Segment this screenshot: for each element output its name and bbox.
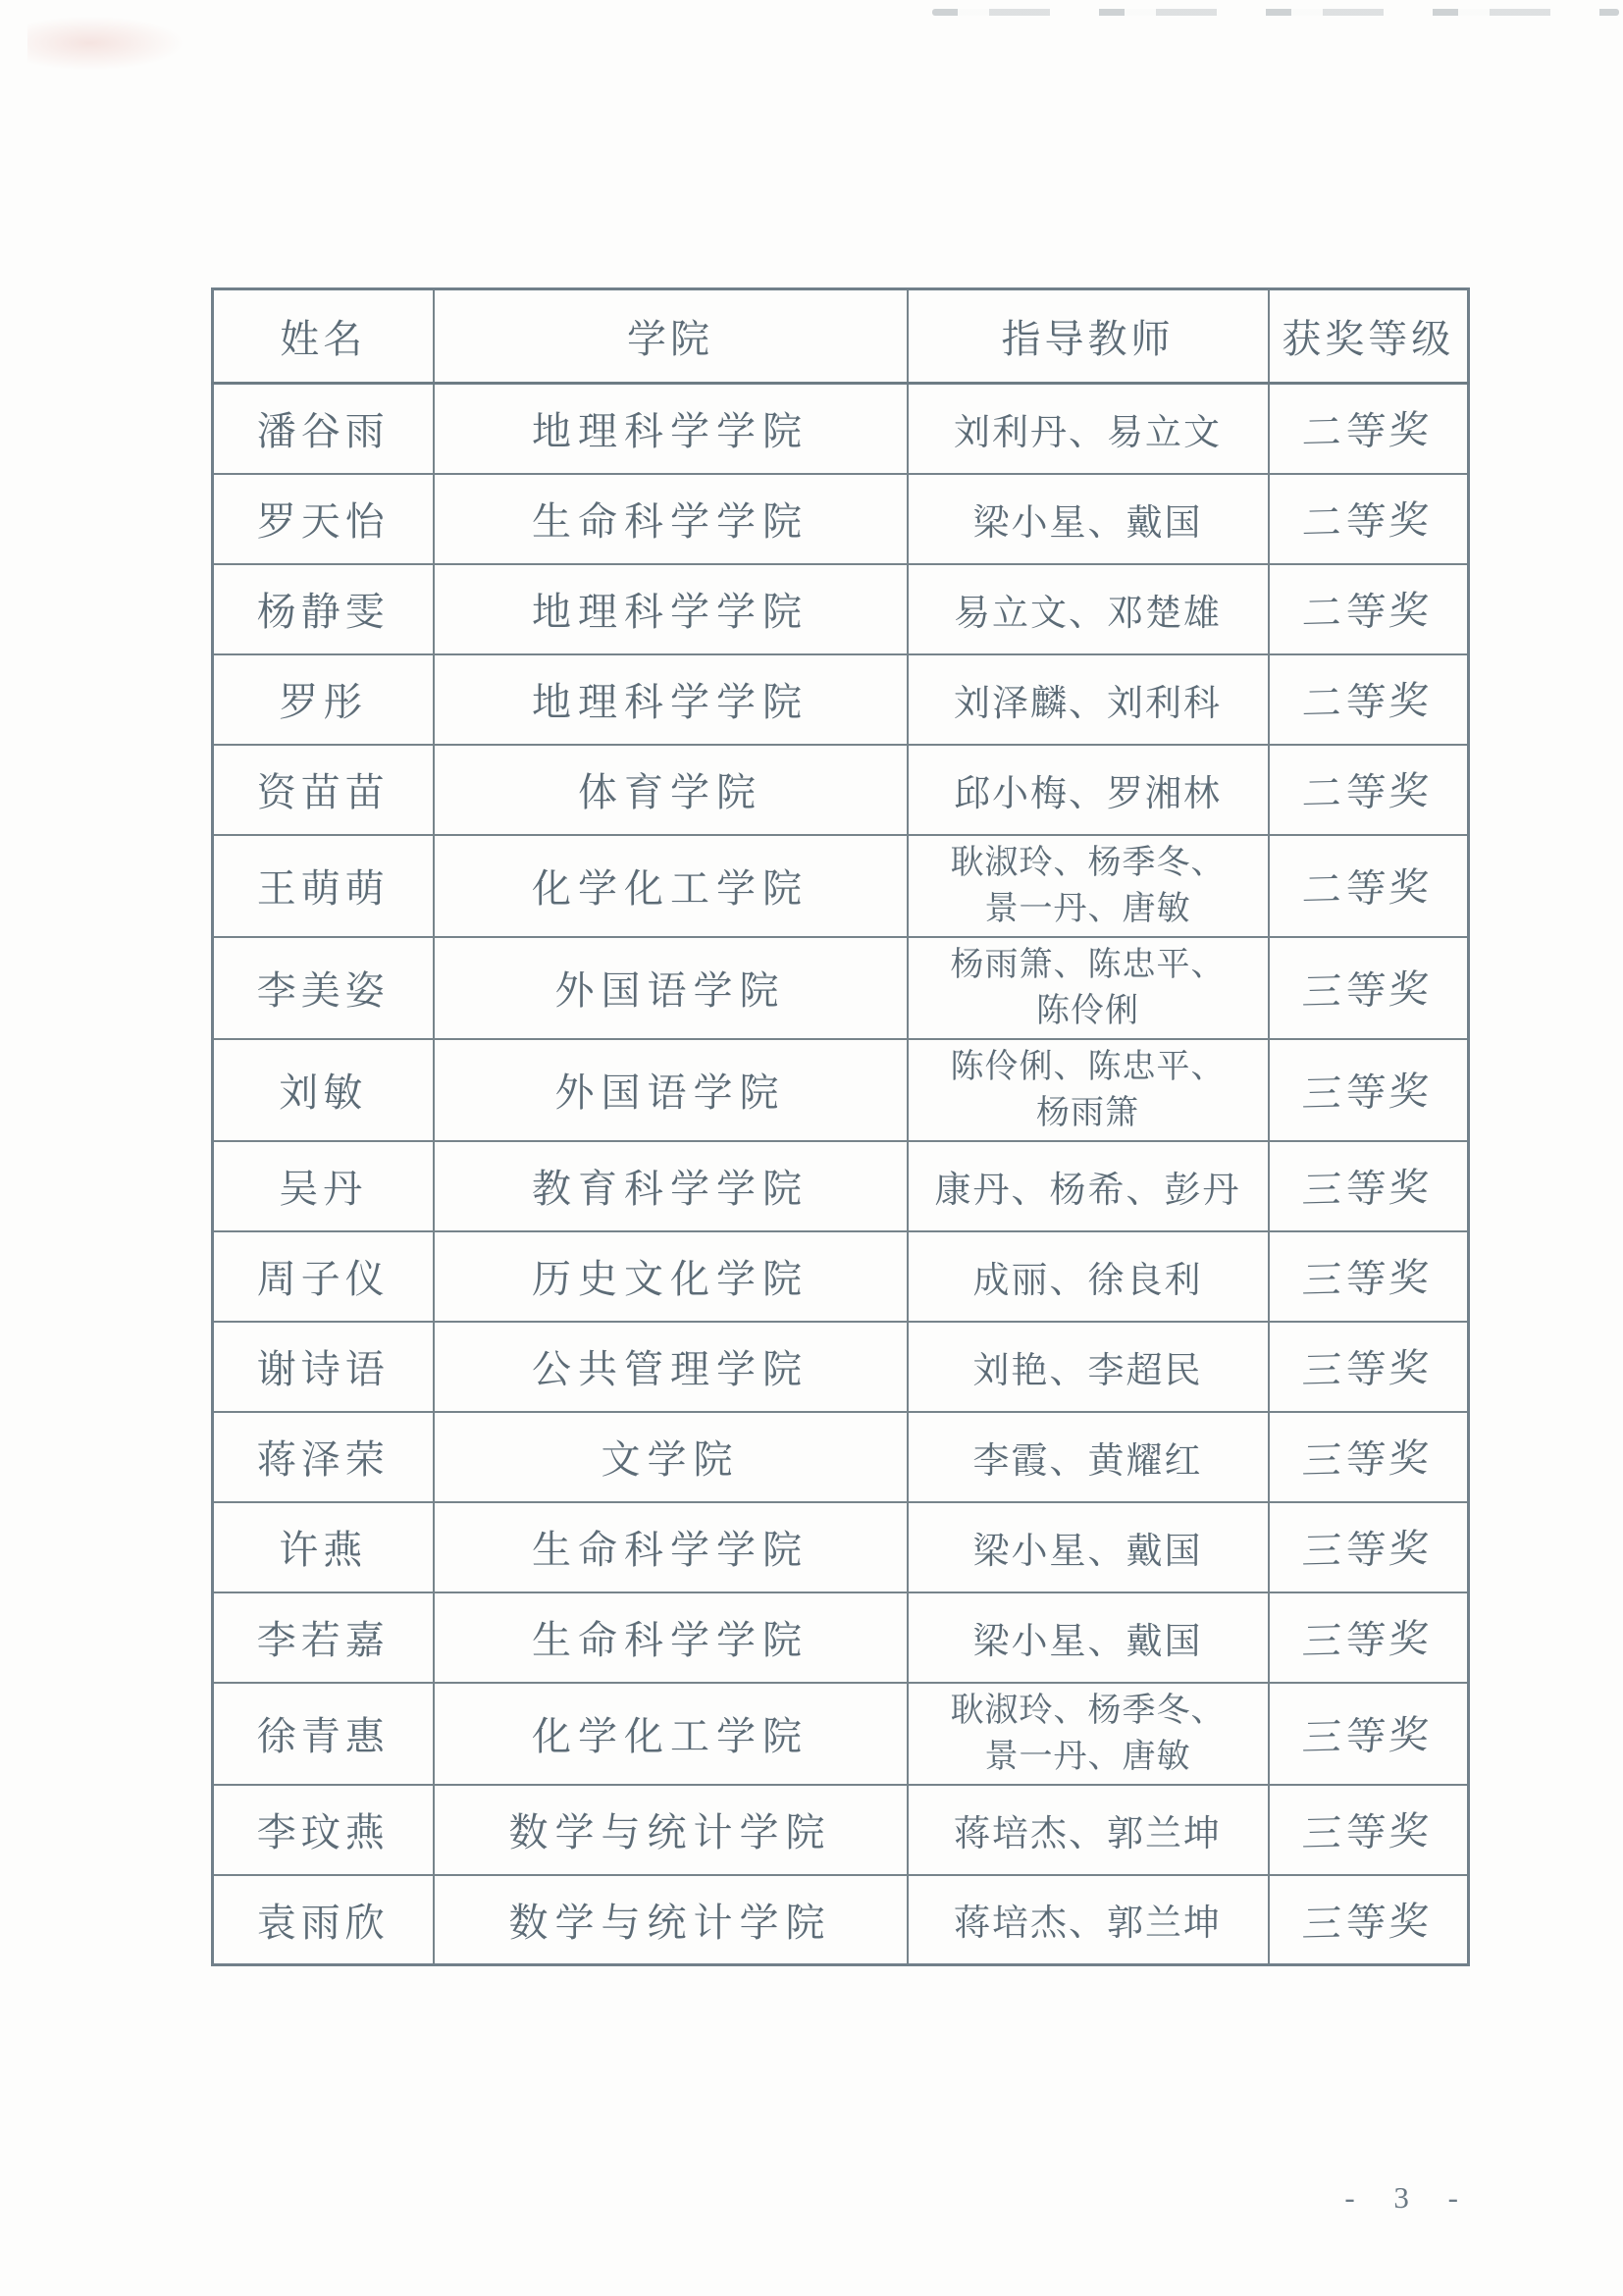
cell-name: 刘敏 — [213, 1039, 434, 1141]
cell-teachers: 耿淑玲、杨季冬、 景一丹、唐敏 — [908, 835, 1269, 937]
table-row: 徐青惠 化学化工学院 耿淑玲、杨季冬、 景一丹、唐敏 三等奖 — [213, 1683, 1469, 1785]
award-label: 二等奖 — [1300, 669, 1436, 728]
table-row: 袁雨欣 数学与统计学院 蒋培杰、郭兰坤 三等奖 — [213, 1875, 1469, 1965]
cell-name: 罗天怡 — [213, 474, 434, 564]
cell-college: 数学与统计学院 — [434, 1785, 908, 1875]
award-table: 姓名 学院 指导教师 获奖等级 潘谷雨 地理科学学院 刘利丹、易立文 二等奖 罗… — [211, 287, 1470, 1966]
cell-name: 许燕 — [213, 1502, 434, 1592]
award-label: 三等奖 — [1300, 1060, 1436, 1119]
cell-name: 资苗苗 — [213, 745, 434, 835]
cell-college: 外国语学院 — [434, 1039, 908, 1141]
cell-college: 文学院 — [434, 1412, 908, 1502]
table-row: 刘敏 外国语学院 陈伶俐、陈忠平、 杨雨箫 三等奖 — [213, 1039, 1469, 1141]
cell-teachers: 刘利丹、易立文 — [908, 384, 1269, 474]
table-row: 杨静雯 地理科学学院 易立文、邓楚雄 二等奖 — [213, 564, 1469, 654]
cell-college: 生命科学学院 — [434, 1592, 908, 1683]
cell-teachers: 刘艳、李超民 — [908, 1322, 1269, 1412]
award-label: 二等奖 — [1300, 399, 1436, 458]
cell-award: 三等奖 — [1269, 1683, 1469, 1785]
cell-name: 李若嘉 — [213, 1592, 434, 1683]
award-label: 二等奖 — [1300, 856, 1436, 914]
cell-college: 外国语学院 — [434, 937, 908, 1039]
award-label: 三等奖 — [1300, 1890, 1436, 1949]
cell-award: 二等奖 — [1269, 745, 1469, 835]
cell-name: 杨静雯 — [213, 564, 434, 654]
table-row: 吴丹 教育科学学院 康丹、杨希、彭丹 三等奖 — [213, 1141, 1469, 1231]
table-row: 李若嘉 生命科学学院 梁小星、戴国 三等奖 — [213, 1592, 1469, 1683]
award-label: 二等奖 — [1300, 759, 1436, 818]
cell-teachers: 杨雨箫、陈忠平、 陈伶俐 — [908, 937, 1269, 1039]
cell-teachers: 梁小星、戴国 — [908, 474, 1269, 564]
cell-teachers: 刘泽麟、刘利科 — [908, 654, 1269, 745]
table-row: 谢诗语 公共管理学院 刘艳、李超民 三等奖 — [213, 1322, 1469, 1412]
cell-award: 二等奖 — [1269, 654, 1469, 745]
cell-award: 三等奖 — [1269, 1412, 1469, 1502]
cell-award: 二等奖 — [1269, 384, 1469, 474]
award-label: 三等奖 — [1300, 1156, 1436, 1215]
page-number: - 3 - — [1344, 2180, 1466, 2216]
scan-artifact-smudge — [27, 16, 184, 71]
cell-college: 化学化工学院 — [434, 1683, 908, 1785]
cell-college: 化学化工学院 — [434, 835, 908, 937]
cell-teachers: 梁小星、戴国 — [908, 1592, 1269, 1683]
award-label: 三等奖 — [1300, 1703, 1436, 1762]
col-header-name: 姓名 — [213, 289, 434, 384]
cell-award: 三等奖 — [1269, 1592, 1469, 1683]
cell-award: 三等奖 — [1269, 1322, 1469, 1412]
table-row: 罗彤 地理科学学院 刘泽麟、刘利科 二等奖 — [213, 654, 1469, 745]
cell-award: 三等奖 — [1269, 1039, 1469, 1141]
col-header-teachers: 指导教师 — [908, 289, 1269, 384]
cell-award: 三等奖 — [1269, 1141, 1469, 1231]
cell-college: 生命科学学院 — [434, 474, 908, 564]
cell-award: 二等奖 — [1269, 564, 1469, 654]
cell-award: 三等奖 — [1269, 1231, 1469, 1322]
cell-college: 数学与统计学院 — [434, 1875, 908, 1965]
cell-name: 王萌萌 — [213, 835, 434, 937]
table-row: 李玟燕 数学与统计学院 蒋培杰、郭兰坤 三等奖 — [213, 1785, 1469, 1875]
cell-college: 生命科学学院 — [434, 1502, 908, 1592]
cell-name: 蒋泽荣 — [213, 1412, 434, 1502]
award-label: 三等奖 — [1300, 1800, 1436, 1858]
table-row: 许燕 生命科学学院 梁小星、戴国 三等奖 — [213, 1502, 1469, 1592]
cell-award: 二等奖 — [1269, 474, 1469, 564]
award-label: 三等奖 — [1300, 1246, 1436, 1305]
cell-name: 周子仪 — [213, 1231, 434, 1322]
table-row: 李美姿 外国语学院 杨雨箫、陈忠平、 陈伶俐 三等奖 — [213, 937, 1469, 1039]
cell-teachers: 康丹、杨希、彭丹 — [908, 1141, 1269, 1231]
table-row: 周子仪 历史文化学院 成丽、徐良利 三等奖 — [213, 1231, 1469, 1322]
award-label: 二等奖 — [1300, 579, 1436, 638]
cell-name: 李美姿 — [213, 937, 434, 1039]
table-row: 罗天怡 生命科学学院 梁小星、戴国 二等奖 — [213, 474, 1469, 564]
table-row: 蒋泽荣 文学院 李霞、黄耀红 三等奖 — [213, 1412, 1469, 1502]
table-row: 王萌萌 化学化工学院 耿淑玲、杨季冬、 景一丹、唐敏 二等奖 — [213, 835, 1469, 937]
table-row: 资苗苗 体育学院 邱小梅、罗湘林 二等奖 — [213, 745, 1469, 835]
cell-college: 教育科学学院 — [434, 1141, 908, 1231]
table-header-row: 姓名 学院 指导教师 获奖等级 — [213, 289, 1469, 384]
cell-award: 二等奖 — [1269, 835, 1469, 937]
cell-award: 三等奖 — [1269, 1875, 1469, 1965]
cell-college: 地理科学学院 — [434, 384, 908, 474]
cell-name: 袁雨欣 — [213, 1875, 434, 1965]
cell-name: 徐青惠 — [213, 1683, 434, 1785]
cell-teachers: 梁小星、戴国 — [908, 1502, 1269, 1592]
cell-name: 吴丹 — [213, 1141, 434, 1231]
cell-teachers: 李霞、黄耀红 — [908, 1412, 1269, 1502]
cell-college: 公共管理学院 — [434, 1322, 908, 1412]
award-label: 三等奖 — [1300, 1607, 1436, 1666]
cell-college: 体育学院 — [434, 745, 908, 835]
col-header-award: 获奖等级 — [1269, 289, 1469, 384]
cell-award: 三等奖 — [1269, 937, 1469, 1039]
cell-teachers: 蒋培杰、郭兰坤 — [908, 1875, 1269, 1965]
scan-artifact-line — [932, 9, 1619, 16]
cell-college: 历史文化学院 — [434, 1231, 908, 1322]
cell-award: 三等奖 — [1269, 1785, 1469, 1875]
cell-award: 三等奖 — [1269, 1502, 1469, 1592]
cell-teachers: 易立文、邓楚雄 — [908, 564, 1269, 654]
award-label: 二等奖 — [1300, 489, 1436, 548]
cell-college: 地理科学学院 — [434, 564, 908, 654]
award-label: 三等奖 — [1300, 1336, 1436, 1395]
cell-teachers: 邱小梅、罗湘林 — [908, 745, 1269, 835]
scanned-document-page: 姓名 学院 指导教师 获奖等级 潘谷雨 地理科学学院 刘利丹、易立文 二等奖 罗… — [0, 0, 1623, 2296]
award-label: 三等奖 — [1300, 1427, 1436, 1486]
table-row: 潘谷雨 地理科学学院 刘利丹、易立文 二等奖 — [213, 384, 1469, 474]
col-header-college: 学院 — [434, 289, 908, 384]
cell-name: 谢诗语 — [213, 1322, 434, 1412]
cell-college: 地理科学学院 — [434, 654, 908, 745]
cell-name: 李玟燕 — [213, 1785, 434, 1875]
award-label: 三等奖 — [1300, 1517, 1436, 1576]
cell-teachers: 耿淑玲、杨季冬、 景一丹、唐敏 — [908, 1683, 1269, 1785]
award-label: 三等奖 — [1300, 958, 1436, 1017]
cell-teachers: 成丽、徐良利 — [908, 1231, 1269, 1322]
cell-name: 潘谷雨 — [213, 384, 434, 474]
cell-teachers: 陈伶俐、陈忠平、 杨雨箫 — [908, 1039, 1269, 1141]
cell-name: 罗彤 — [213, 654, 434, 745]
cell-teachers: 蒋培杰、郭兰坤 — [908, 1785, 1269, 1875]
